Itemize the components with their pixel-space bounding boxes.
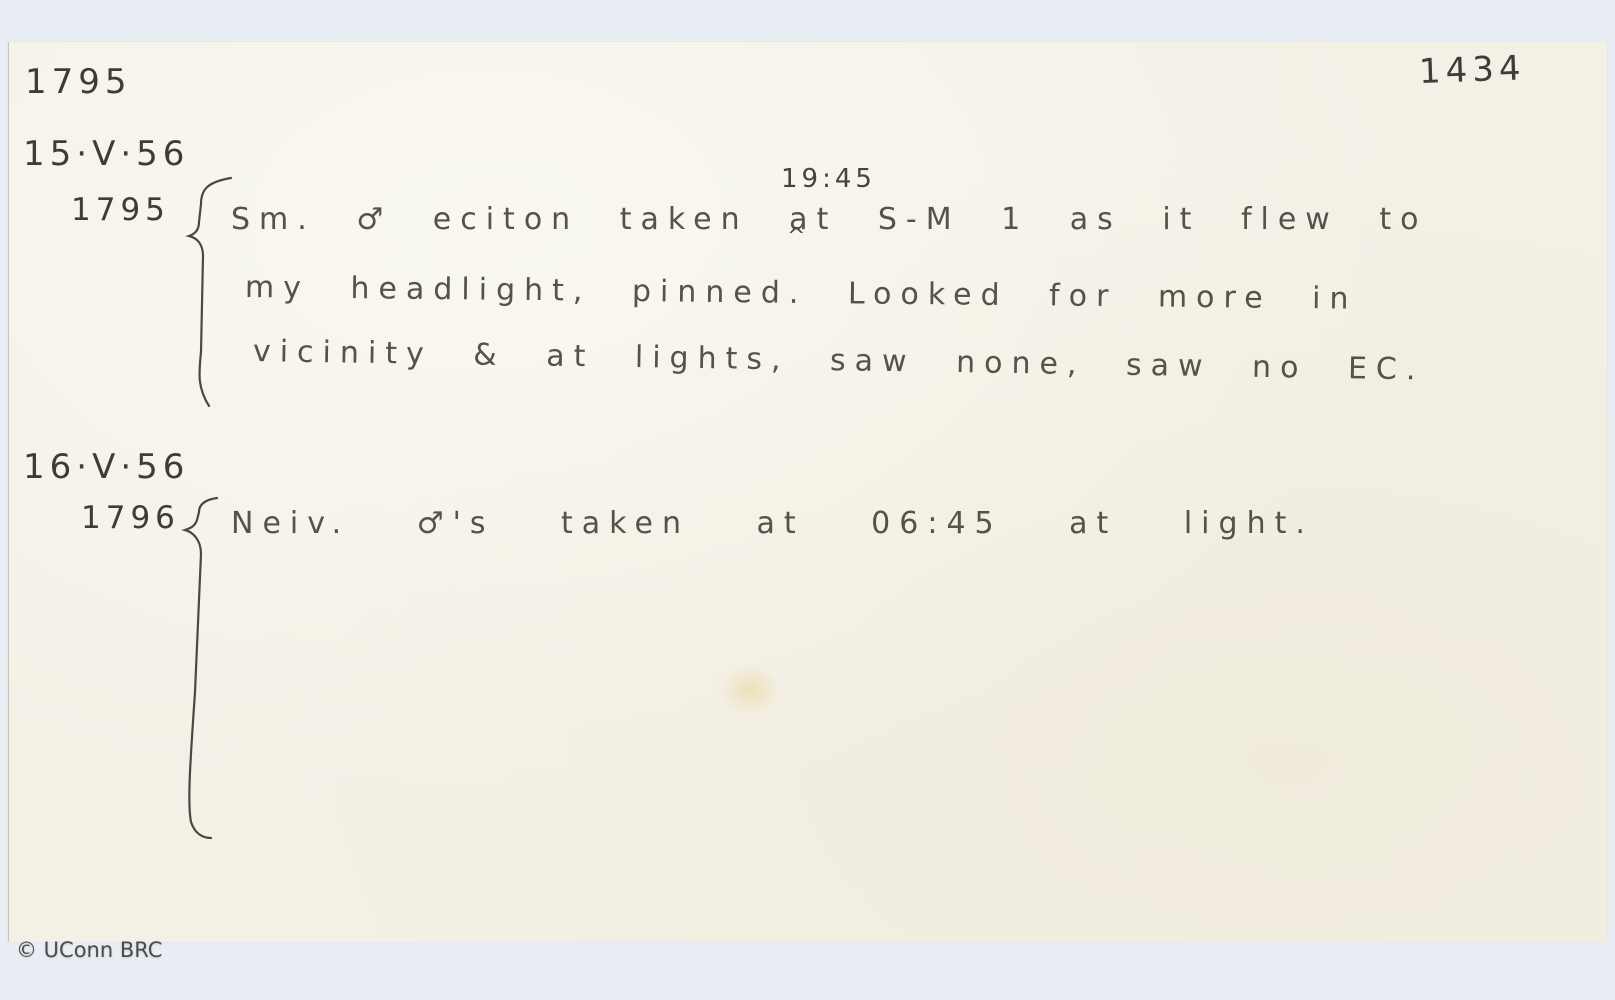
entry-2-date: 16·V·56 [23,447,189,487]
copyright-notice: © UConn BRC [16,938,162,962]
entry-2-specimen-number: 1796 [81,500,180,536]
card-number: 1434 [1418,48,1526,92]
entry-2-line-1: Neiv. ♂'s taken at 06:45 at light. [231,506,1314,541]
entry-1-line-3: vicinity & at lights, saw none, saw no E… [253,334,1425,387]
specimen-card: 1795 1434 15·V·56 19:45 1795 Sm. ♂ ecito… [8,42,1607,942]
entry-1-line-2: my headlight, pinned. Looked for more in [245,270,1358,317]
insertion-caret-icon: ^ [787,224,805,249]
catalog-number: 1795 [25,62,132,102]
entry-1-line-1: Sm. ♂ eciton taken at S-M 1 as it flew t… [231,202,1428,237]
entry-1-date: 15·V·56 [23,134,189,174]
entry-2-brace [177,492,237,842]
paper-stain [719,664,781,716]
entry-1-specimen-number: 1795 [71,192,170,228]
entry-1-time-insert: 19:45 [781,164,876,194]
